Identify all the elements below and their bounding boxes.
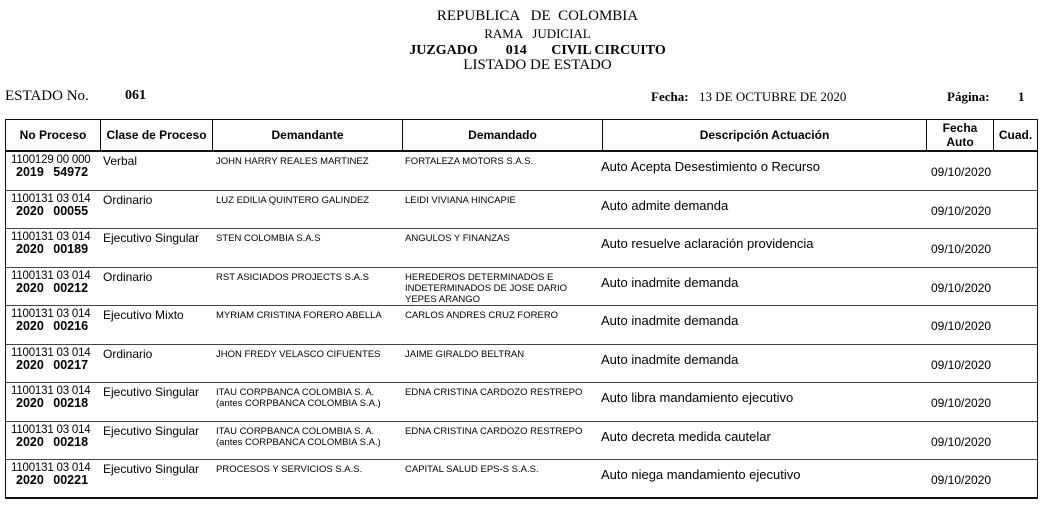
demandado: EDNA CRISTINA CARDOZO RESTREPO (405, 426, 582, 437)
demandado: LEIDI VIVIANA HINCAPIE (405, 195, 516, 206)
header-republica: REPUBLICA DE COLOMBIA (0, 8, 1047, 25)
fecha-value: 13 DE OCTUBRE DE 2020 (699, 89, 846, 105)
proceso-number-bottom: 2020 00218 (16, 435, 88, 449)
estado-label: ESTADO No. (5, 88, 89, 105)
fecha-auto: 09/10/2020 (931, 204, 991, 218)
demandado: JAIME GIRALDO BELTRAN (405, 349, 524, 360)
table-row: 1100131 03 0142020 00212OrdinarioRST ASI… (6, 268, 1037, 307)
table-row: 1100131 03 0142020 00055OrdinarioLUZ EDI… (6, 191, 1037, 230)
demandante: PROCESOS Y SERVICIOS S.A.S. (216, 464, 362, 475)
demandante: STEN COLOMBIA S.A.S (216, 233, 321, 244)
demandado: EDNA CRISTINA CARDOZO RESTREPO (405, 387, 582, 398)
table-row: 1100129 00 0002019 54972VerbalJOHN HARRY… (6, 152, 1037, 191)
clase-proceso: Ordinario (103, 270, 152, 284)
clase-proceso: Ejecutivo Singular (103, 424, 199, 438)
table-row: 1100131 03 0142020 00218Ejecutivo Singul… (6, 422, 1037, 461)
table-row: 1100131 03 0142020 00216Ejecutivo MixtoM… (6, 306, 1037, 345)
column-header-descripcion: Descripción Actuación (603, 120, 927, 150)
fecha-label: Fecha: (651, 89, 689, 105)
fecha-auto: 09/10/2020 (931, 396, 991, 410)
clase-proceso: Ejecutivo Mixto (103, 308, 184, 322)
table-row: 1100131 03 0142020 00189Ejecutivo Singul… (6, 229, 1037, 268)
descripcion-actuacion: Auto niega mandamiento ejecutivo (601, 467, 800, 482)
descripcion-actuacion: Auto inadmite demanda (601, 352, 738, 367)
clase-proceso: Ordinario (103, 347, 152, 361)
table-row: 1100131 03 0142020 00217OrdinarioJHON FR… (6, 345, 1037, 384)
demandante: LUZ EDILIA QUINTERO GALINDEZ (216, 195, 369, 206)
column-header-cuad: Cuad. (994, 120, 1037, 150)
table-body: 1100129 00 0002019 54972VerbalJOHN HARRY… (6, 152, 1037, 497)
proceso-number-bottom: 2020 00217 (16, 358, 88, 372)
demandante: JHON FREDY VELASCO CIFUENTES (216, 349, 381, 360)
fecha-auto: 09/10/2020 (931, 358, 991, 372)
header-rama-judicial: RAMA JUDICIAL (0, 26, 1047, 42)
clase-proceso: Verbal (103, 154, 137, 168)
column-header-clase-proceso: Clase de Proceso (101, 120, 213, 150)
descripcion-actuacion: Auto admite demanda (601, 198, 728, 213)
column-header-demandado: Demandado (403, 120, 603, 150)
demandado: ANGULOS Y FINANZAS (405, 233, 510, 244)
clase-proceso: Ejecutivo Singular (103, 462, 199, 476)
descripcion-actuacion: Auto libra mandamiento ejecutivo (601, 390, 793, 405)
fecha-auto: 09/10/2020 (931, 319, 991, 333)
demandado: HEREDEROS DETERMINADOS EINDETERMINADOS D… (405, 272, 567, 305)
proceso-number-bottom: 2019 54972 (16, 165, 88, 179)
proceso-number-bottom: 2020 00216 (16, 319, 88, 333)
demandante: ITAU CORPBANCA COLOMBIA S. A.(antes CORP… (216, 426, 381, 448)
proceso-number-bottom: 2020 00221 (16, 473, 88, 487)
header-listado-estado: LISTADO DE ESTADO (0, 57, 1047, 74)
estado-table: No Proceso Clase de Proceso Demandante D… (5, 119, 1038, 499)
descripcion-actuacion: Auto resuelve aclaración providencia (601, 236, 813, 251)
demandado: FORTALEZA MOTORS S.A.S. (405, 156, 533, 167)
descripcion-actuacion: Auto decreta medida cautelar (601, 429, 771, 444)
demandante: RST ASICIADOS PROJECTS S.A.S (216, 272, 369, 283)
proceso-number-bottom: 2020 00055 (16, 204, 88, 218)
column-header-no-proceso: No Proceso (6, 120, 101, 150)
demandado: CAPITAL SALUD EPS-S S.A.S. (405, 464, 539, 475)
fecha-auto: 09/10/2020 (931, 165, 991, 179)
table-header: No Proceso Clase de Proceso Demandante D… (6, 120, 1037, 152)
fecha-auto: 09/10/2020 (931, 435, 991, 449)
column-header-demandante: Demandante (213, 120, 403, 150)
descripcion-actuacion: Auto Acepta Desestimiento o Recurso (601, 159, 820, 174)
demandante: MYRIAM CRISTINA FORERO ABELLA (216, 310, 382, 321)
fecha-auto: 09/10/2020 (931, 473, 991, 487)
proceso-number-bottom: 2020 00218 (16, 396, 88, 410)
pagina-label: Página: (947, 89, 990, 105)
proceso-number-bottom: 2020 00189 (16, 242, 88, 256)
fecha-auto: 09/10/2020 (931, 281, 991, 295)
fecha-auto: 09/10/2020 (931, 242, 991, 256)
table-row: 1100131 03 0142020 00218Ejecutivo Singul… (6, 383, 1037, 422)
column-header-fecha-auto: Fecha Auto (927, 120, 994, 150)
demandante: ITAU CORPBANCA COLOMBIA S. A.(antes CORP… (216, 387, 381, 409)
demandado: CARLOS ANDRES CRUZ FORERO (405, 310, 558, 321)
descripcion-actuacion: Auto inadmite demanda (601, 313, 738, 328)
clase-proceso: Ejecutivo Singular (103, 231, 199, 245)
clase-proceso: Ordinario (103, 193, 152, 207)
descripcion-actuacion: Auto inadmite demanda (601, 275, 738, 290)
estado-number: 061 (125, 88, 146, 104)
demandante: JOHN HARRY REALES MARTINEZ (216, 156, 369, 167)
pagina-value: 1 (1018, 89, 1025, 105)
proceso-number-bottom: 2020 00212 (16, 281, 88, 295)
table-row: 1100131 03 0142020 00221Ejecutivo Singul… (6, 460, 1037, 497)
clase-proceso: Ejecutivo Singular (103, 385, 199, 399)
